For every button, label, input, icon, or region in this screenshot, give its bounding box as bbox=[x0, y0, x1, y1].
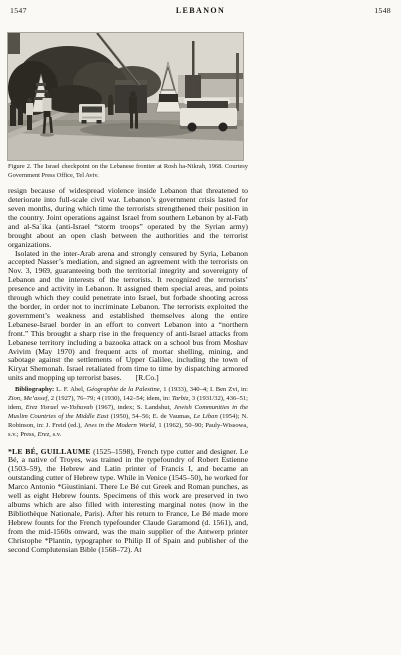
lebanon-paragraph-continuation: resign because of widespread violence in… bbox=[8, 187, 248, 249]
text-column: Figure 2. The Israel checkpoint on the L… bbox=[8, 33, 248, 554]
author-signature: [R.Co.] bbox=[136, 374, 159, 383]
entry-headword: *LE BÉ, GUILLAUME bbox=[8, 447, 91, 456]
le-be-entry: *LE BÉ, GUILLAUME (1525–1598), French ty… bbox=[8, 448, 248, 555]
bibliography-label: Bibliography: bbox=[15, 386, 54, 393]
entry-body: (1525–1598), French type cutter and desi… bbox=[8, 447, 248, 554]
figure-2: Figure 2. The Israel checkpoint on the L… bbox=[8, 33, 248, 180]
bibliography-text: L. F. Abel, Géographie de la Palestine, … bbox=[8, 386, 248, 438]
running-title: LEBANON bbox=[10, 6, 391, 15]
photo-car bbox=[180, 98, 237, 132]
lebanon-paragraph-2: Isolated in the inter-Arab arena and str… bbox=[8, 250, 248, 384]
page-number-right: 1548 bbox=[374, 6, 391, 15]
lebanon-paragraph-2-text: Isolated in the inter-Arab arena and str… bbox=[8, 249, 248, 383]
bibliography: Bibliography: L. F. Abel, Géographie de … bbox=[8, 386, 248, 439]
photo-van bbox=[79, 104, 105, 124]
photo-pole bbox=[192, 41, 195, 107]
page-header: 1547 LEBANON 1548 bbox=[10, 6, 391, 18]
figure-caption: Figure 2. The Israel checkpoint on the L… bbox=[8, 163, 248, 180]
checkpoint-photo bbox=[8, 33, 243, 160]
encyclopedia-page: 1547 LEBANON 1548 bbox=[0, 0, 401, 655]
